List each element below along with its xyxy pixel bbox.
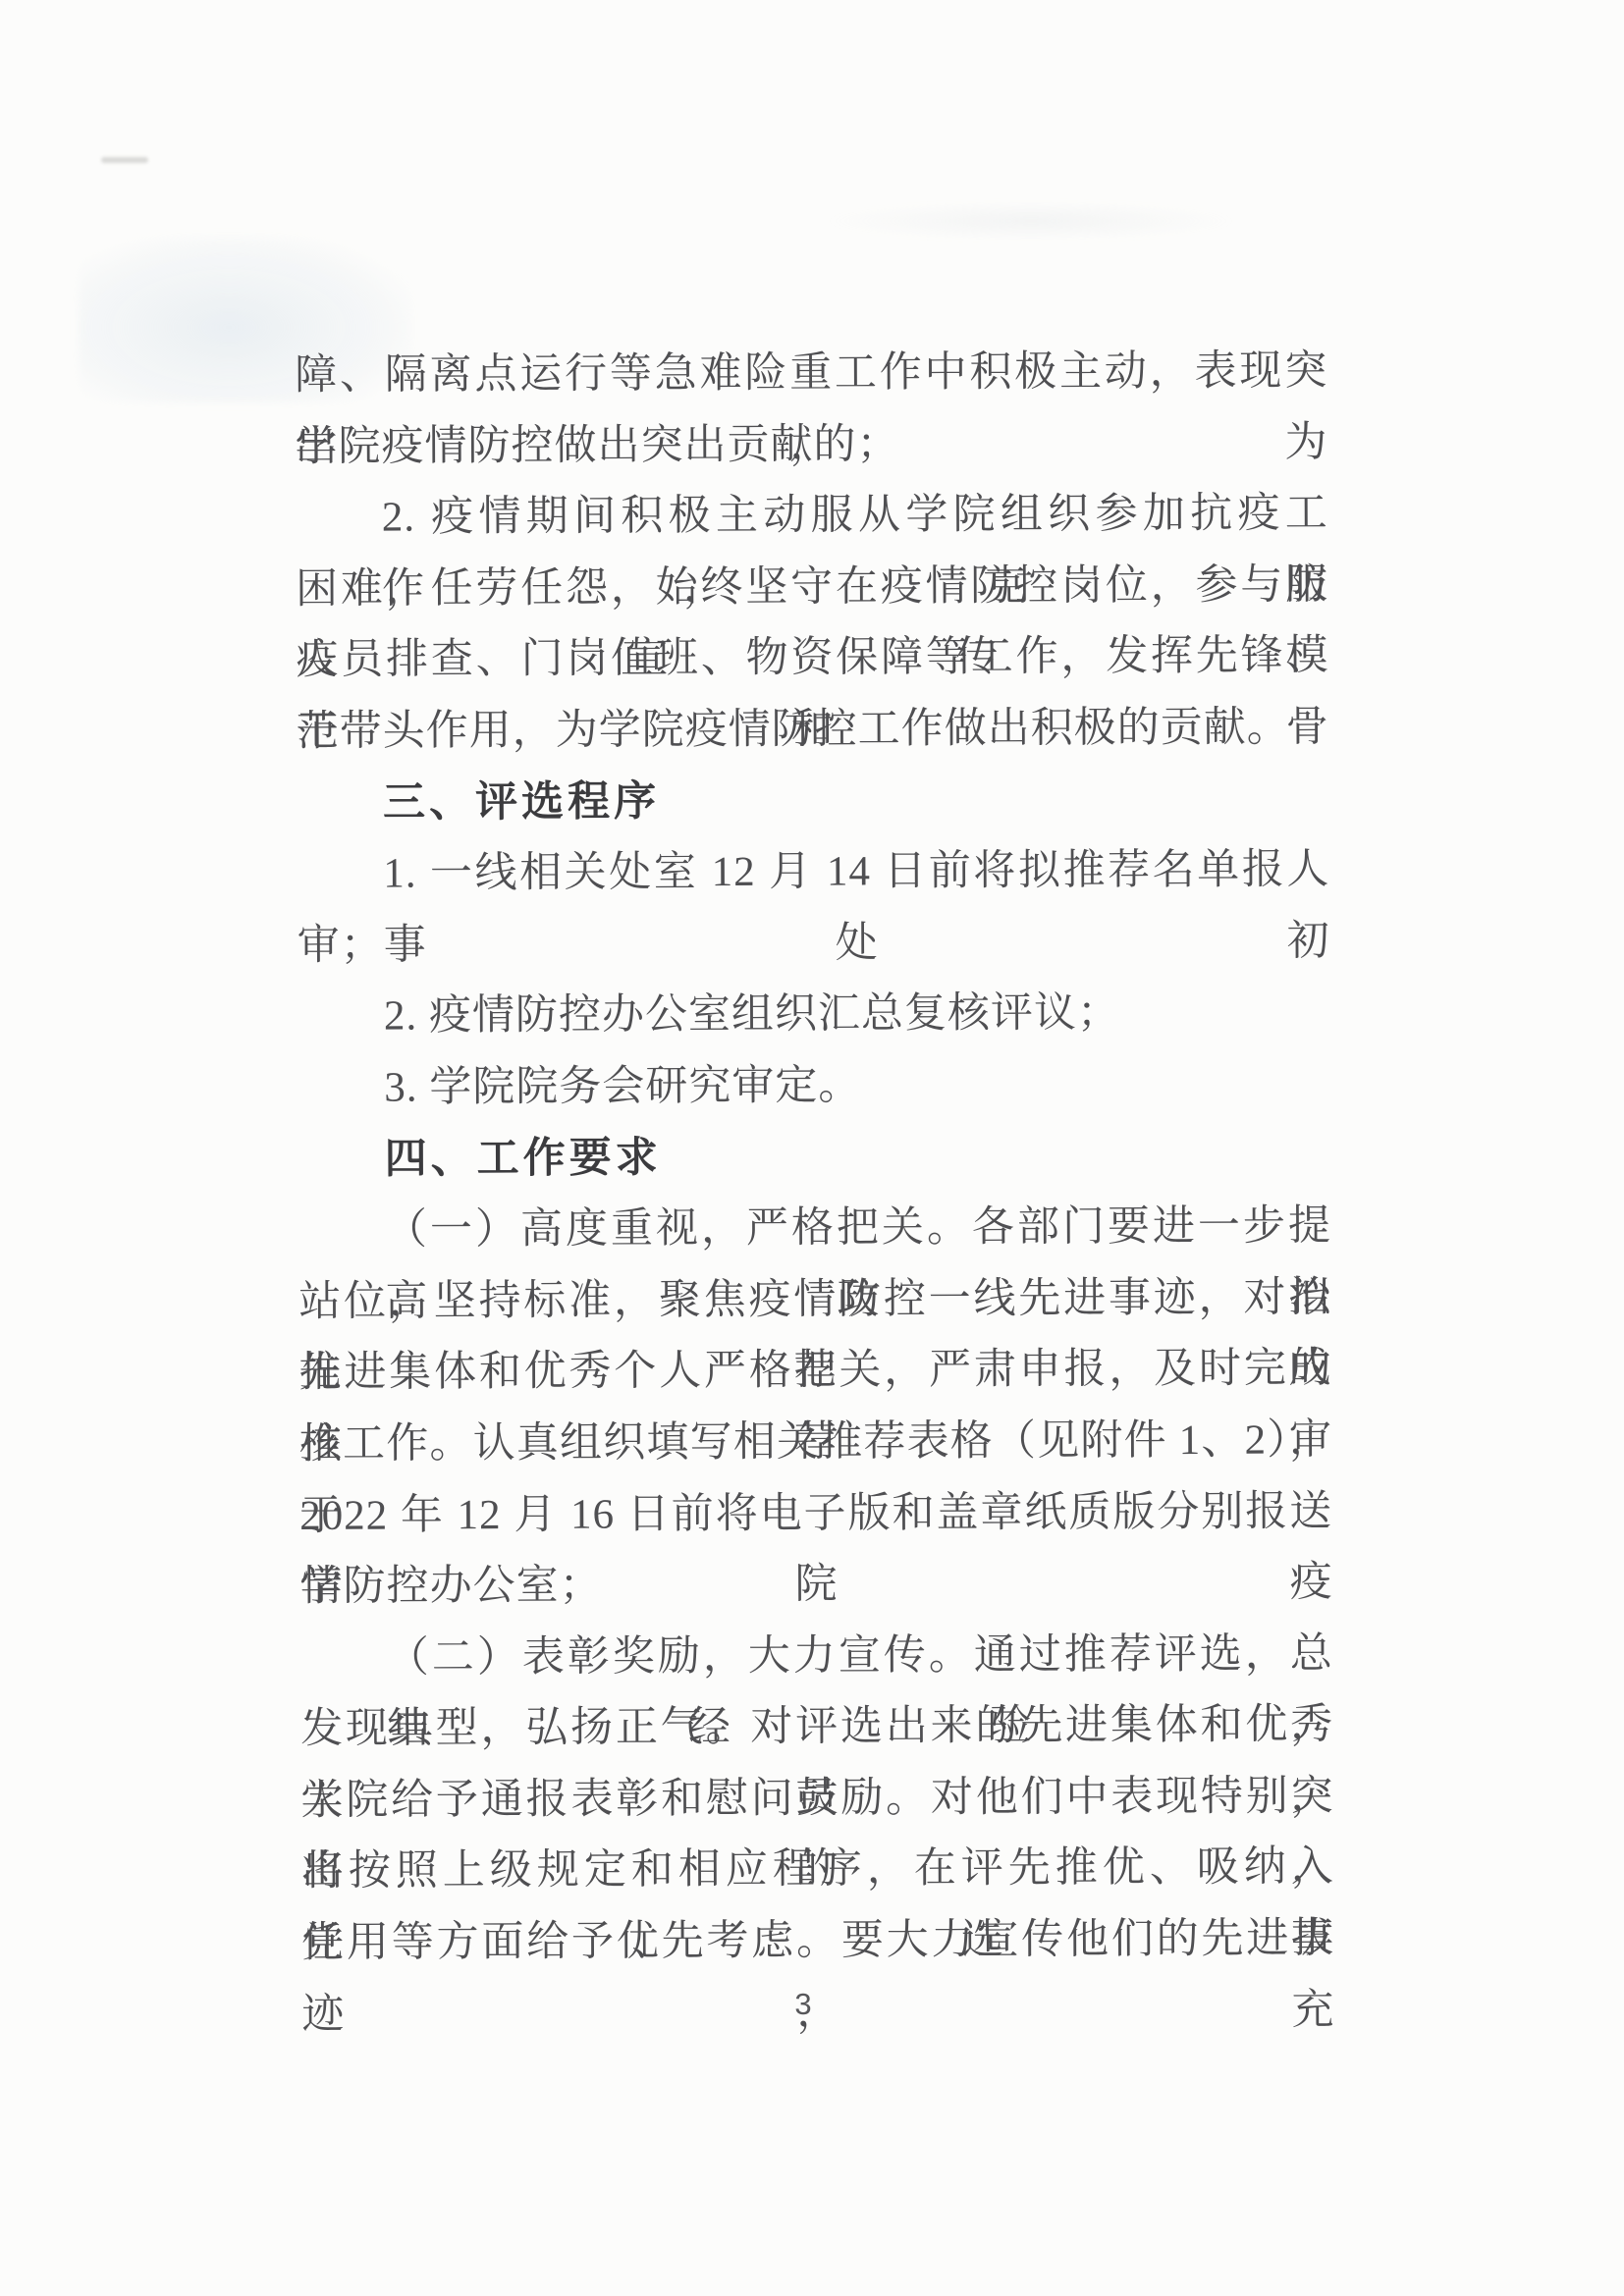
- page-number: 3: [744, 1985, 862, 2024]
- text-line: 2022 年 12 月 16 日前将电子版和盖章纸质版分别报送学院疫: [299, 1476, 1332, 1552]
- text-line: 人员排查、门岗值班、物资保障等工作，发挥先锋模范和骨: [296, 621, 1328, 697]
- text-line: 3. 学院院务会研究审定。: [298, 1048, 1330, 1124]
- text-line: （二）表彰奖励，大力宣传。通过推荐评选，总结经验，: [300, 1619, 1333, 1694]
- text-line: 站位，坚持标准，聚焦疫情防控一线先进事迹，对拟推荐的: [298, 1262, 1331, 1338]
- text-line: （一）高度重视，严格把关。各部门要进一步提高政治: [298, 1192, 1331, 1267]
- text-line: 2. 疫情防控办公室组织汇总复核评议；: [298, 978, 1330, 1053]
- text-line: 发现典型，弘扬正气。对评选出来的先进集体和优秀人员，: [300, 1690, 1333, 1766]
- text-line: 2. 疫情期间积极主动服从学院组织参加抗疫工作，克服: [296, 479, 1328, 555]
- text-line: 1. 一线相关处室 12 月 14 日前将拟推荐名单报人事处初: [297, 835, 1329, 911]
- section-heading-3: 三、评选程序: [297, 764, 1329, 839]
- text-line: 任用等方面给予优先考虑。要大力宣传他们的先进事迹，充: [301, 1903, 1334, 1979]
- text-line: 将按照上级规定和相应程序，在评先推优、吸纳入党、选拔: [301, 1833, 1334, 1908]
- scan-smudge-faint: [825, 201, 1237, 240]
- scan-smudge-dash: [101, 157, 148, 163]
- text-line: 障、隔离点运行等急难险重工作中积极主动，表现突出，为: [295, 336, 1327, 411]
- text-line: 先进集体和优秀个人严格把关，严肃申报，及时完成推荐审: [298, 1334, 1331, 1410]
- text-line: 干带头作用，为学院疫情防控工作做出积极的贡献。: [297, 692, 1329, 768]
- text-line: 核工作。认真组织填写相关推荐表格（见附件 1、2）， 于: [299, 1405, 1332, 1480]
- text-line: 困难，任劳任怨，始终坚守在疫情防控岗位，参与防疫宣传、: [296, 550, 1328, 625]
- section-heading-4: 四、工作要求: [298, 1120, 1330, 1196]
- document-text-block: 障、隔离点运行等急难险重工作中积极主动，表现突出，为 学院疫情防控做出突出贡献的…: [295, 336, 1334, 1979]
- document-page: 障、隔离点运行等急难险重工作中积极主动，表现突出，为 学院疫情防控做出突出贡献的…: [0, 0, 1624, 2296]
- text-line: 学院给予通报表彰和慰问鼓励。对他们中表现特别突出的，: [300, 1761, 1333, 1837]
